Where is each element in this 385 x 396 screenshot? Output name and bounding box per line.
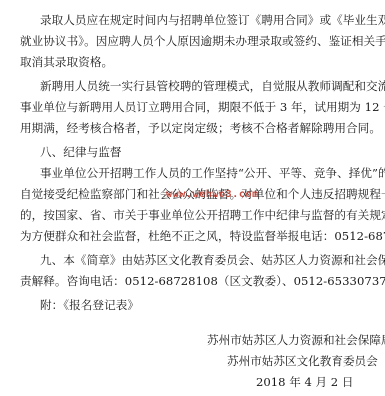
paragraph-2-line-1: 新聘用人员统一实行县管校聘的管理模式，自觉服从教师调配和交流安排。 xyxy=(40,79,368,93)
paragraph-1-line-1: 录取人员应在规定时间内与招聘单位签订《聘用合同》或《毕业生双向选择 xyxy=(40,13,368,27)
section-9-line-2: 责解释。咨询电话：0512-68728108（区文教委）、0512-653307… xyxy=(20,274,368,288)
section-8-heading: 八、纪律与监督 xyxy=(40,145,368,159)
section-8-line-3: 的，按国家、省、市关于事业单位公开招聘工作中纪律与监督的有关规定处理。 xyxy=(20,208,368,222)
watermark-text: www.wehwo3.com xyxy=(166,189,259,200)
section-8-line-4: 为方便群众和社会监督，杜绝不正之风，特设监督举报电话：0512-68722516… xyxy=(20,229,368,243)
paragraph-1-line-2: 就业协议书》。因应聘人员个人原因逾期未办理录取或签约、鉴证相关手续的， xyxy=(20,34,368,48)
paragraph-1-line-3: 取消其录取资格。 xyxy=(20,55,368,69)
signature-date: 2018 年 4 月 2 日 xyxy=(256,375,353,389)
signature-org-hr-bureau: 苏州市姑苏区人力资源和社会保障局 xyxy=(207,333,385,347)
paragraph-2-line-3: 用期满，经考核合格者，予以定岗定级；考核不合格者解除聘用合同。 xyxy=(20,121,368,135)
attachment-note: 附：《报名登记表》 xyxy=(40,298,368,312)
paragraph-2-line-2: 事业单位与新聘用人员订立聘用合同，期限不低于 3 年，试用期为 12 个月。试 xyxy=(20,100,368,114)
section-8-line-1: 事业单位公开招聘工作人员的工作坚持“公开、平等、竞争、择优”的原则， xyxy=(40,166,368,180)
document-page: 录取人员应在规定时间内与招聘单位签订《聘用合同》或《毕业生双向选择 就业协议书》… xyxy=(0,0,385,396)
section-9-line-1: 九、本《简章》由姑苏区文化教育委员会、姑苏区人力资源和社会保障局负 xyxy=(40,253,368,267)
signature-org-education-committee: 苏州市姑苏区文化教育委员会 xyxy=(227,354,378,368)
